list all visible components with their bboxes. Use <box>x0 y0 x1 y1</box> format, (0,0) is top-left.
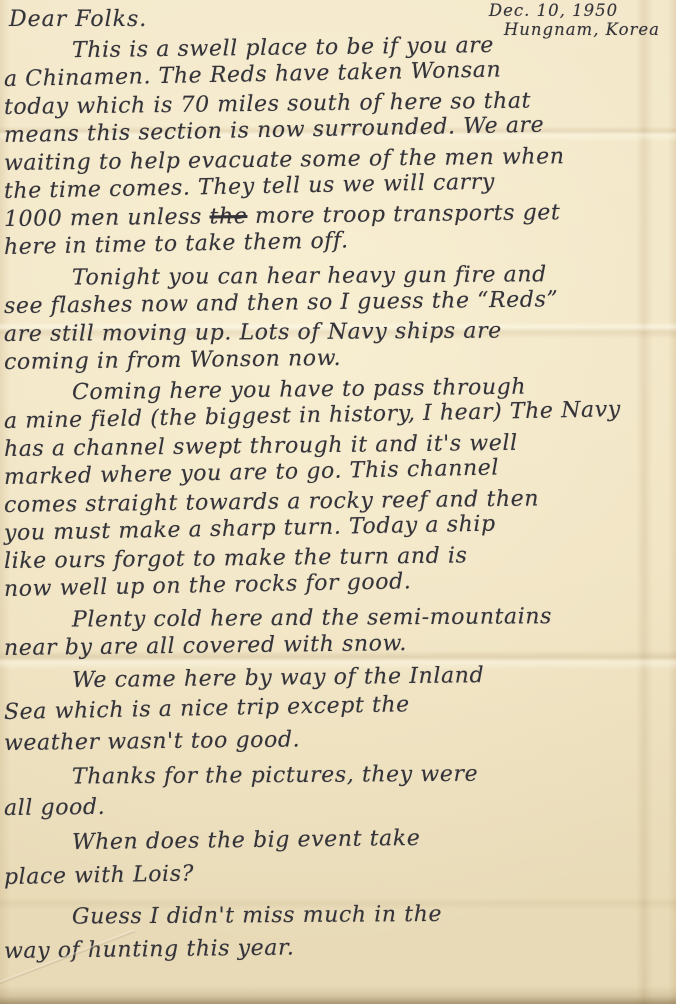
letter-text: way of hunting this year. <box>4 935 295 964</box>
letter-text: are still moving up. Lots of Navy ships … <box>4 319 502 347</box>
letter-salutation: Dear Folks. <box>9 7 147 32</box>
letter-text: now well up on the rocks for good. <box>4 569 412 602</box>
letter-text: Sea which is a nice trip except the <box>4 692 410 725</box>
letter-text: 1000 men unless <box>4 204 210 232</box>
letter-paragraph: Plenty cold here and the semi-mountainsn… <box>4 607 676 663</box>
letter-paragraph: Coming here you have to pass througha mi… <box>4 380 676 604</box>
letter-body: This is a swell place to be if you area … <box>4 38 676 972</box>
letter-text: Thanks for the pictures, they were <box>72 762 478 790</box>
letter-date: Dec. 10, 1950 <box>489 1 660 20</box>
letter-paragraph: Guess I didn't miss much in theway of hu… <box>4 901 676 969</box>
struck-out-word: the <box>209 204 247 229</box>
letter-text: coming in from Wonson now. <box>4 346 341 375</box>
letter-paragraph: This is a swell place to be if you area … <box>4 38 676 262</box>
letter-text: Guess I didn't miss much in the <box>72 902 442 930</box>
letter-text: here in time to take them off. <box>4 228 349 260</box>
letter-text: see flashes now and then so I guess the … <box>4 287 559 319</box>
letter-paragraph: When does the big event takeplace with L… <box>4 827 676 895</box>
letter-page: Dec. 10, 1950 Hungnam, Korea Dear Folks.… <box>0 0 676 1004</box>
letter-text: place with Lois? <box>4 861 194 890</box>
letter-paragraph: Thanks for the pictures, they wereall go… <box>4 762 676 824</box>
letter-text: weather wasn't too good. <box>4 727 300 756</box>
letter-text: all good. <box>4 795 106 821</box>
letter-paragraph: Tonight you can hear heavy gun fire ands… <box>4 265 676 377</box>
letter-line: way of hunting this year. <box>4 927 676 969</box>
letter-paragraph: We came here by way of the InlandSea whi… <box>4 666 676 759</box>
letter-text: near by are all covered with snow. <box>4 631 407 661</box>
letter-text: When does the big event take <box>72 826 421 855</box>
